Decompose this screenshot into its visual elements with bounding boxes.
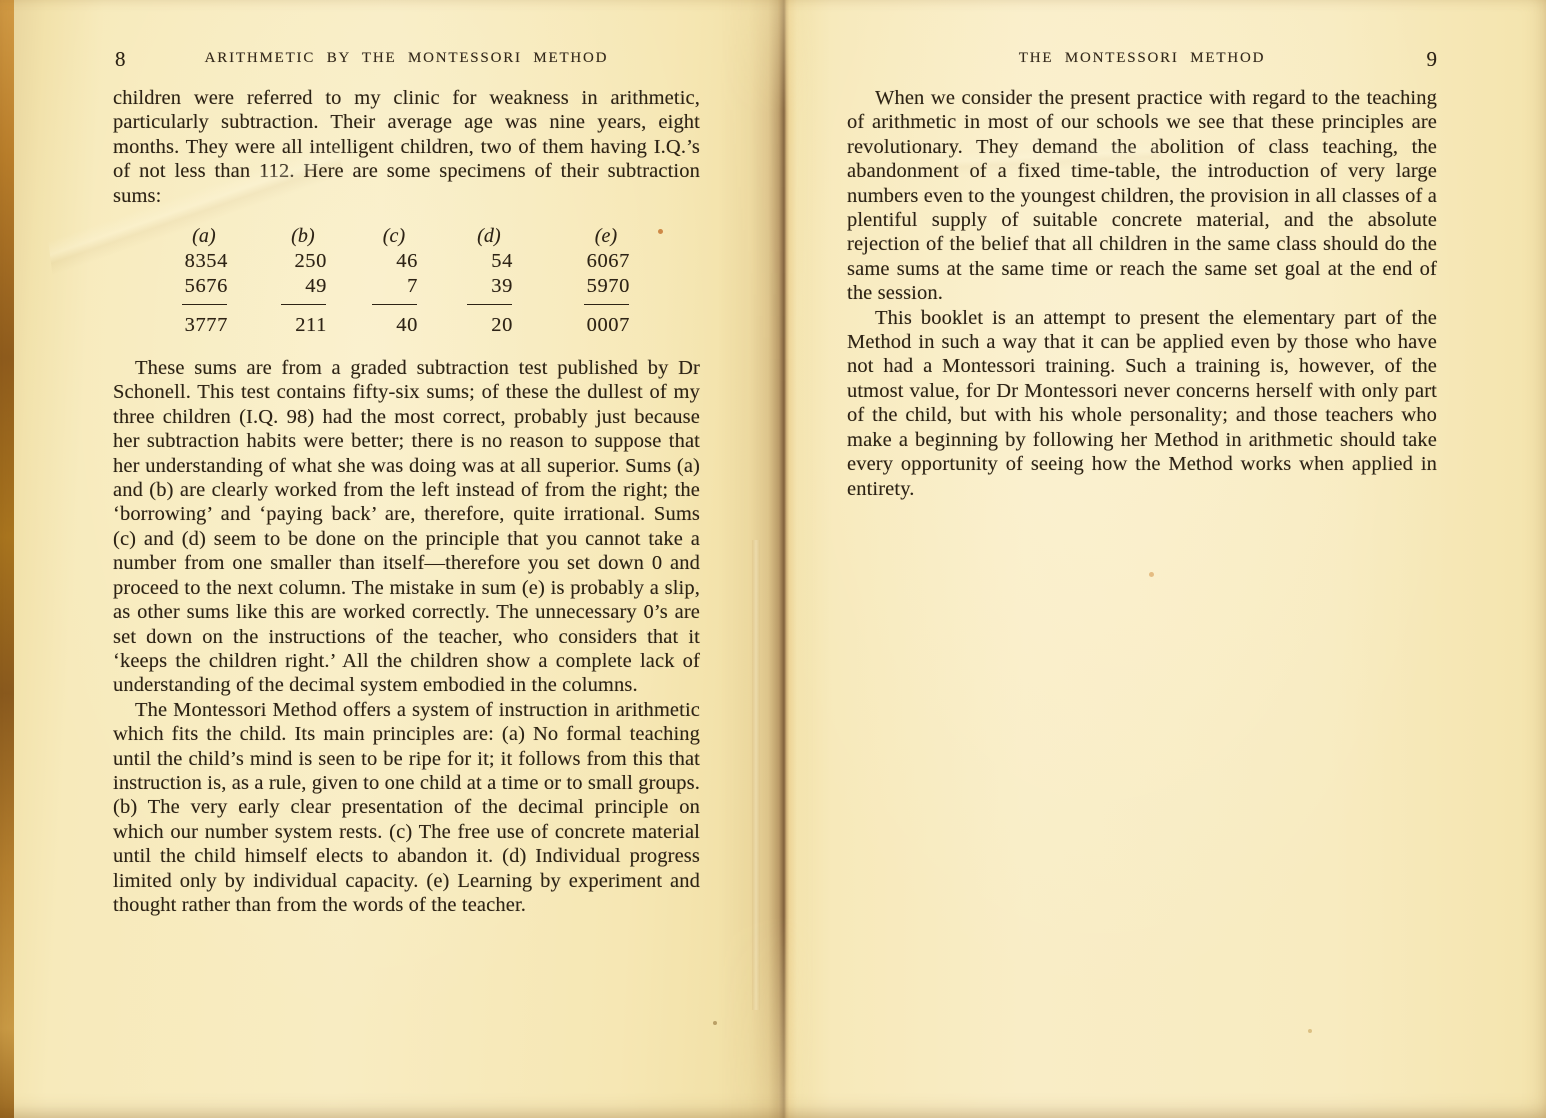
sum-box: 835456763777 — [180, 249, 228, 338]
sum-result: 3777 — [180, 313, 228, 338]
subtraction-sums-table: (a)835456763777(b)25049211(c)46740(d)543… — [113, 224, 700, 342]
sum-minuend: 250 — [279, 249, 327, 274]
sum-column: (a)835456763777 — [168, 224, 240, 338]
paragraph: The Montessori Method offers a system of… — [113, 698, 700, 918]
page-number: 9 — [1427, 47, 1438, 72]
sum-label: (a) — [168, 224, 240, 249]
right-running-head-row: THE MONTESSORI METHOD 9 — [847, 49, 1437, 71]
sum-label: (c) — [358, 224, 430, 249]
left-paragraphs-bottom: These sums are from a graded subtraction… — [113, 356, 700, 917]
sum-rule — [467, 304, 512, 305]
sum-subtrahend: 49 — [279, 274, 327, 299]
sum-minuend: 46 — [370, 249, 418, 274]
sum-column: (b)25049211 — [267, 224, 339, 338]
sum-box: 25049211 — [279, 249, 327, 338]
sum-result: 40 — [370, 313, 418, 338]
binding-edge — [0, 0, 14, 1118]
right-page-body: When we consider the present practice wi… — [847, 86, 1437, 501]
page-number: 8 — [115, 47, 126, 72]
sum-subtrahend: 5970 — [582, 274, 630, 299]
sum-label: (b) — [267, 224, 339, 249]
sum-rule — [182, 304, 227, 305]
sum-column: (d)543920 — [453, 224, 525, 338]
sum-rule — [281, 304, 326, 305]
sum-subtrahend: 39 — [465, 274, 513, 299]
sum-column: (e)606759700007 — [570, 224, 642, 338]
sum-minuend: 8354 — [180, 249, 228, 274]
sum-rule — [584, 304, 629, 305]
paragraph: This booklet is an attempt to present th… — [847, 306, 1437, 501]
sum-subtrahend: 5676 — [180, 274, 228, 299]
sum-subtrahend: 7 — [370, 274, 418, 299]
left-running-head-row: 8 ARITHMETIC BY THE MONTESSORI METHOD — [113, 49, 700, 71]
right-paragraphs: When we consider the present practice wi… — [847, 86, 1437, 501]
left-page: 8 ARITHMETIC BY THE MONTESSORI METHOD ch… — [14, 0, 778, 1118]
left-paragraphs-top: children were referred to my clinic for … — [113, 86, 700, 208]
sum-label: (d) — [453, 224, 525, 249]
sum-box: 606759700007 — [582, 249, 630, 338]
sum-result: 0007 — [582, 313, 630, 338]
sum-box: 46740 — [370, 249, 418, 338]
sum-box: 543920 — [465, 249, 513, 338]
right-page: THE MONTESSORI METHOD 9 When we consider… — [778, 0, 1546, 1118]
left-page-body: children were referred to my clinic for … — [113, 86, 700, 917]
sum-label: (e) — [570, 224, 642, 249]
paragraph: When we consider the present practice wi… — [847, 86, 1437, 306]
sum-rule — [372, 304, 417, 305]
running-header: ARITHMETIC BY THE MONTESSORI METHOD — [205, 50, 609, 66]
sum-column: (c)46740 — [358, 224, 430, 338]
sum-result: 20 — [465, 313, 513, 338]
running-header: THE MONTESSORI METHOD — [1019, 50, 1265, 66]
sum-minuend: 6067 — [582, 249, 630, 274]
sum-result: 211 — [279, 313, 327, 338]
paragraph: children were referred to my clinic for … — [113, 86, 700, 208]
paragraph: These sums are from a graded subtraction… — [113, 356, 700, 698]
book-scan: 8 ARITHMETIC BY THE MONTESSORI METHOD ch… — [0, 0, 1546, 1118]
sum-minuend: 54 — [465, 249, 513, 274]
